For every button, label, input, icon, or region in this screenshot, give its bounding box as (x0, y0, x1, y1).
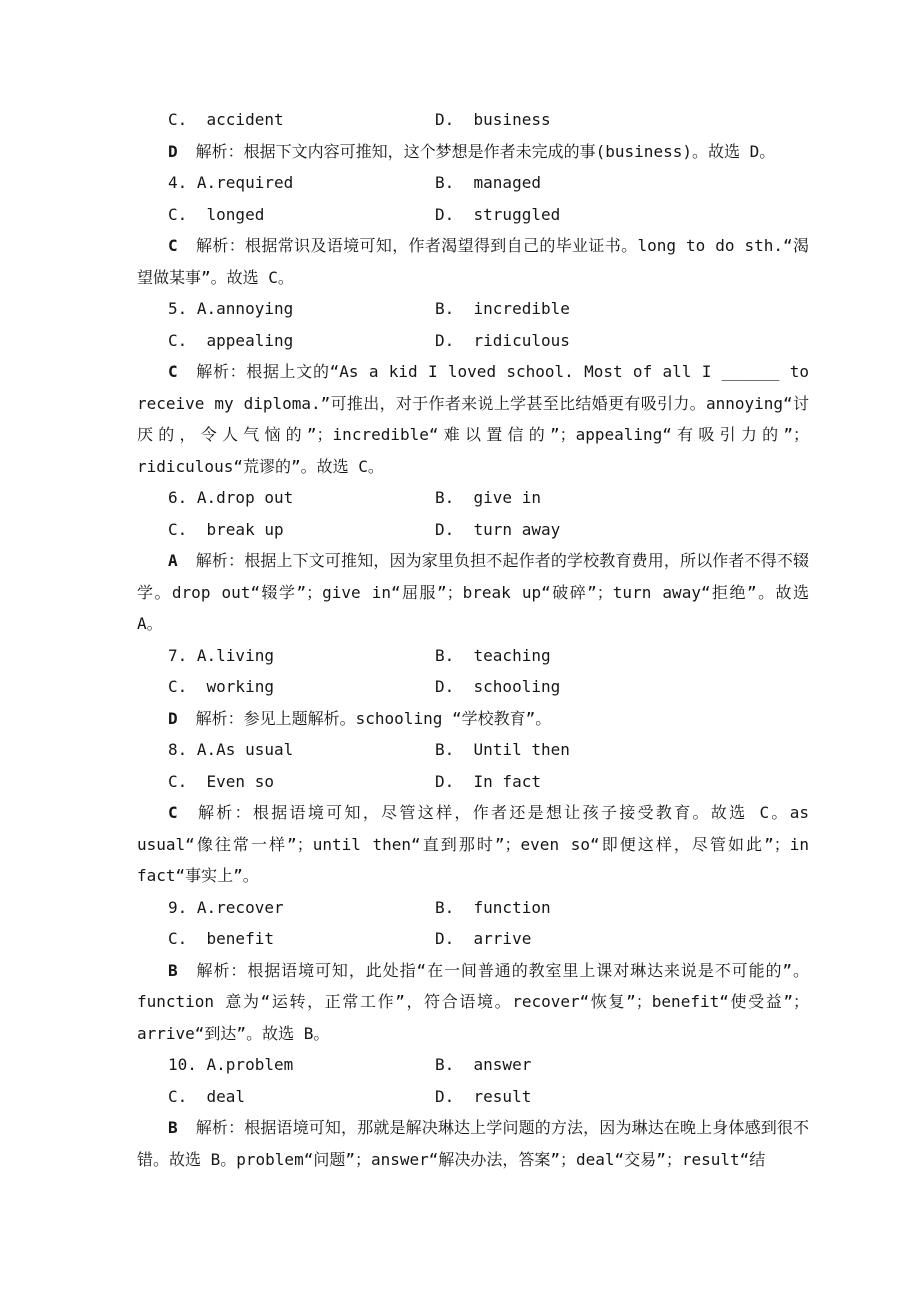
option-left: C. deal (168, 1081, 245, 1113)
option-left: C. Even so (168, 766, 274, 798)
answer-paragraph: D解析：参见上题解析。schooling “学校教育”。 (137, 703, 809, 735)
option-left: C. accident (168, 104, 284, 136)
option-row: C. accidentD. business (137, 104, 809, 136)
option-right: D. In fact (435, 766, 541, 798)
option-row: 4. A.requiredB. managed (137, 167, 809, 199)
option-left: C. working (168, 671, 274, 703)
option-right: B. answer (435, 1049, 531, 1081)
answer-key-content: C. accidentD. business D解析：根据下文内容可推知，这个梦… (137, 104, 809, 1175)
answer-paragraph: A解析：根据上下文可推知，因为家里负担不起作者的学校教育费用，所以作者不得不辍学… (137, 545, 809, 640)
answer-explanation: 解析：根据上文的“As a kid I loved school. Most o… (137, 362, 809, 476)
option-right: D. ridiculous (435, 325, 570, 357)
answer-explanation: 解析：根据语境可知，此处指“在一间普通的教室里上课对琳达来说是不可能的”。fun… (137, 961, 809, 1043)
option-row: C. longedD. struggled (137, 199, 809, 231)
answer-explanation: 解析：根据上下文可推知，因为家里负担不起作者的学校教育费用，所以作者不得不辍学。… (137, 551, 809, 633)
answer-letter: A (168, 551, 178, 570)
answer-paragraph: C解析：根据上文的“As a kid I loved school. Most … (137, 356, 809, 482)
answer-paragraph: C解析：根据语境可知，尽管这样，作者还是想让孩子接受教育。故选 C。as usu… (137, 797, 809, 892)
option-left: C. longed (168, 199, 264, 231)
option-right: B. incredible (435, 293, 570, 325)
answer-explanation: 解析：根据语境可知，尽管这样，作者还是想让孩子接受教育。故选 C。as usua… (137, 803, 809, 885)
option-row: 8. A.As usualB. Until then (137, 734, 809, 766)
answer-paragraph: B解析：根据语境可知，那就是解决琳达上学问题的方法，因为琳达在晚上身体感到很不错… (137, 1112, 809, 1175)
answer-explanation: 解析：根据下文内容可推知，这个梦想是作者未完成的事(business)。故选 D… (196, 142, 776, 161)
option-left: 6. A.drop out (168, 482, 293, 514)
document-page: C. accidentD. business D解析：根据下文内容可推知，这个梦… (0, 0, 920, 1302)
option-left: 5. A.annoying (168, 293, 293, 325)
option-left: 8. A.As usual (168, 734, 293, 766)
answer-letter: B (168, 1118, 178, 1137)
answer-letter: D (168, 142, 178, 161)
option-right: B. function (435, 892, 551, 924)
option-row: 7. A.livingB. teaching (137, 640, 809, 672)
answer-paragraph: B解析：根据语境可知，此处指“在一间普通的教室里上课对琳达来说是不可能的”。fu… (137, 955, 809, 1050)
option-right: D. struggled (435, 199, 560, 231)
answer-paragraph: D解析：根据下文内容可推知，这个梦想是作者未完成的事(business)。故选 … (137, 136, 809, 168)
option-left: 7. A.living (168, 640, 274, 672)
option-right: D. result (435, 1081, 531, 1113)
option-left: 9. A.recover (168, 892, 284, 924)
option-right: B. give in (435, 482, 541, 514)
answer-letter: C (168, 362, 178, 381)
option-right: D. turn away (435, 514, 560, 546)
option-left: C. benefit (168, 923, 274, 955)
option-right: B. managed (435, 167, 541, 199)
option-left: 10. A.problem (168, 1049, 293, 1081)
option-row: C. Even soD. In fact (137, 766, 809, 798)
option-right: D. schooling (435, 671, 560, 703)
option-row: C. workingD. schooling (137, 671, 809, 703)
option-row: 5. A.annoyingB. incredible (137, 293, 809, 325)
option-left: 4. A.required (168, 167, 293, 199)
answer-letter: C (168, 803, 178, 822)
option-right: D. arrive (435, 923, 531, 955)
option-row: 6. A.drop outB. give in (137, 482, 809, 514)
option-right: B. Until then (435, 734, 570, 766)
option-row: C. benefitD. arrive (137, 923, 809, 955)
answer-letter: B (168, 961, 178, 980)
option-left: C. break up (168, 514, 284, 546)
option-row: 9. A.recoverB. function (137, 892, 809, 924)
answer-letter: C (168, 236, 178, 255)
answer-explanation: 解析：根据语境可知，那就是解决琳达上学问题的方法，因为琳达在晚上身体感到很不错。… (137, 1118, 809, 1169)
option-row: C. dealD. result (137, 1081, 809, 1113)
answer-explanation: 解析：参见上题解析。schooling “学校教育”。 (196, 709, 552, 728)
answer-explanation: 解析：根据常识及语境可知，作者渴望得到自己的毕业证书。long to do st… (137, 236, 809, 287)
option-row: 10. A.problemB. answer (137, 1049, 809, 1081)
option-row: C. appealingD. ridiculous (137, 325, 809, 357)
option-right: D. business (435, 104, 551, 136)
option-row: C. break upD. turn away (137, 514, 809, 546)
answer-letter: D (168, 709, 178, 728)
option-right: B. teaching (435, 640, 551, 672)
answer-paragraph: C解析：根据常识及语境可知，作者渴望得到自己的毕业证书。long to do s… (137, 230, 809, 293)
option-left: C. appealing (168, 325, 293, 357)
